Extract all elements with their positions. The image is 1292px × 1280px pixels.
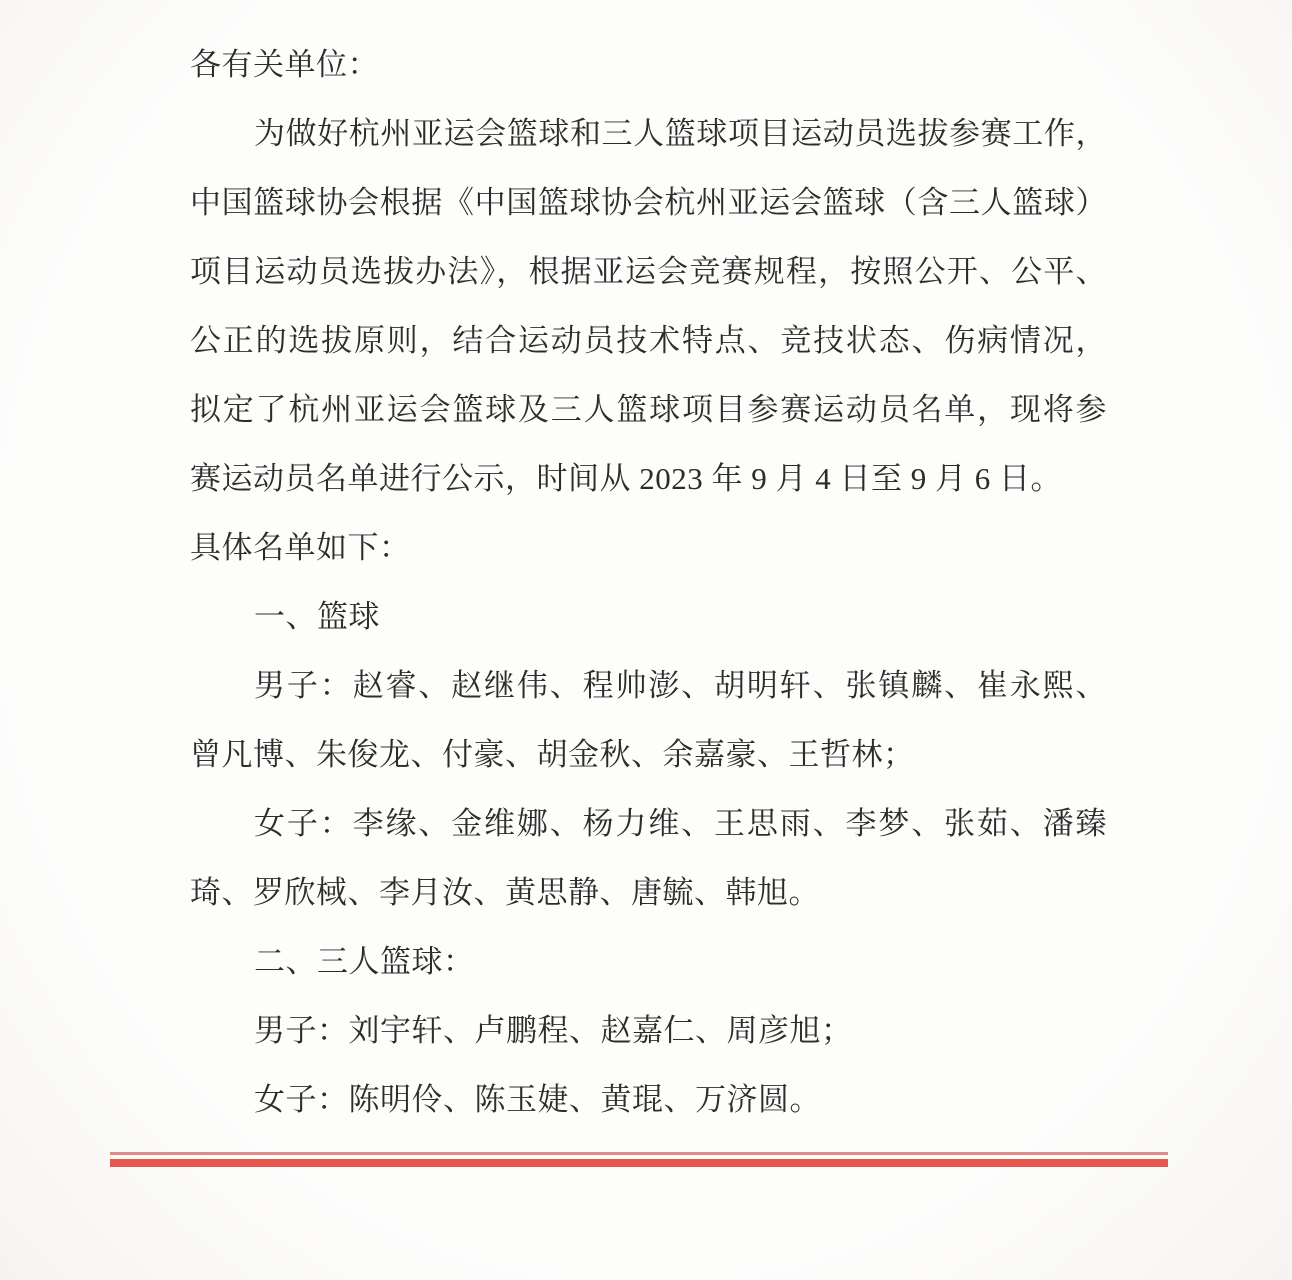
document-body-text: 各有关单位： 为做好杭州亚运会篮球和三人篮球项目运动员选拔参赛工作， 中国篮球协… xyxy=(190,30,1107,1134)
document-page: 各有关单位： 为做好杭州亚运会篮球和三人篮球项目运动员选拔参赛工作， 中国篮球协… xyxy=(0,0,1292,1280)
doc-line-intro-5: 拟定了杭州亚运会篮球及三人篮球项目参赛运动员名单，现将参 xyxy=(190,375,1107,444)
doc-line-intro-1: 为做好杭州亚运会篮球和三人篮球项目运动员选拔参赛工作， xyxy=(190,99,1107,168)
doc-line-intro-4: 公正的选拔原则，结合运动员技术特点、竞技状态、伤病情况， xyxy=(190,306,1107,375)
footer-red-separator-thick-line xyxy=(110,1159,1168,1167)
doc-line-section-3x3: 二、三人篮球： xyxy=(190,927,1107,996)
doc-line-basketball-women-2: 琦、罗欣棫、李月汝、黄思静、唐毓、韩旭。 xyxy=(190,858,1107,927)
doc-line-intro-6: 赛运动员名单进行公示，时间从 2023 年 9 月 4 日至 9 月 6 日。 xyxy=(190,444,1107,513)
doc-line-intro-3: 项目运动员选拔办法》，根据亚运会竞赛规程，按照公开、公平、 xyxy=(190,237,1107,306)
doc-line-3x3-men: 男子：刘宇轩、卢鹏程、赵嘉仁、周彦旭； xyxy=(190,996,1107,1065)
doc-line-basketball-men-2: 曾凡博、朱俊龙、付豪、胡金秋、余嘉豪、王哲林； xyxy=(190,720,1107,789)
doc-line-3x3-women: 女子：陈明伶、陈玉婕、黄琨、万济圆。 xyxy=(190,1065,1107,1134)
doc-line-list-intro: 具体名单如下： xyxy=(190,513,1107,582)
doc-line-basketball-men-1: 男子：赵睿、赵继伟、程帅澎、胡明轩、张镇麟、崔永熙、 xyxy=(190,651,1107,720)
footer-red-separator xyxy=(110,1152,1168,1167)
doc-line-salutation: 各有关单位： xyxy=(190,30,1107,99)
doc-line-section-basketball: 一、篮球 xyxy=(190,582,1107,651)
doc-line-basketball-women-1: 女子：李缘、金维娜、杨力维、王思雨、李梦、张茹、潘臻 xyxy=(190,789,1107,858)
doc-line-intro-2: 中国篮球协会根据《中国篮球协会杭州亚运会篮球（含三人篮球） xyxy=(190,168,1107,237)
